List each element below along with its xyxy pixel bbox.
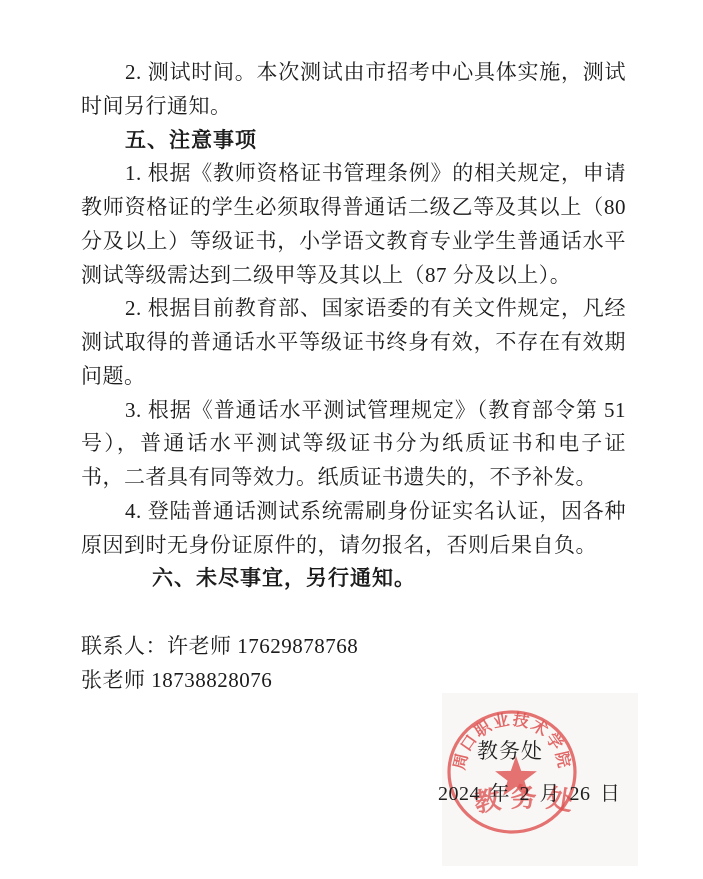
contact-block: 联系人：许老师 17629878768 张老师 18738828076 xyxy=(81,630,626,698)
heading-section-five: 五、注意事项 xyxy=(81,124,626,158)
signature-department: 教务处 xyxy=(477,735,543,765)
paragraph-note-2: 2. 根据目前教育部、国家语委的有关文件规定，凡经测试取得的普通话水平等级证书终… xyxy=(81,292,626,393)
paragraph-note-4: 4. 登陆普通话测试系统需刷身份证实名认证，因各种原因到时无身份证原件的，请勿报… xyxy=(81,495,626,563)
signature-date: 2024 年 2 月 26 日 xyxy=(438,777,621,806)
paragraph-test-time: 2. 测试时间。本次测试由市招考中心具体实施，测试时间另行通知。 xyxy=(81,56,626,124)
paragraph-note-1: 1. 根据《教师资格证书管理条例》的相关规定，申请教师资格证的学生必须取得普通话… xyxy=(81,157,626,292)
official-seal-icon: 周口职业技术学院 教务处 xyxy=(440,700,600,840)
contact-person-1: 联系人：许老师 17629878768 xyxy=(81,630,626,664)
document-page: 2. 测试时间。本次测试由市招考中心具体实施，测试时间另行通知。 五、注意事项 … xyxy=(0,0,703,879)
document-content: 2. 测试时间。本次测试由市招考中心具体实施，测试时间另行通知。 五、注意事项 … xyxy=(81,56,626,697)
paragraph-note-3: 3. 根据《普通话水平测试管理规定》（教育部令第 51 号），普通话水平测试等级… xyxy=(81,394,626,495)
heading-section-six: 六、未尽事宜，另行通知。 xyxy=(81,562,626,596)
